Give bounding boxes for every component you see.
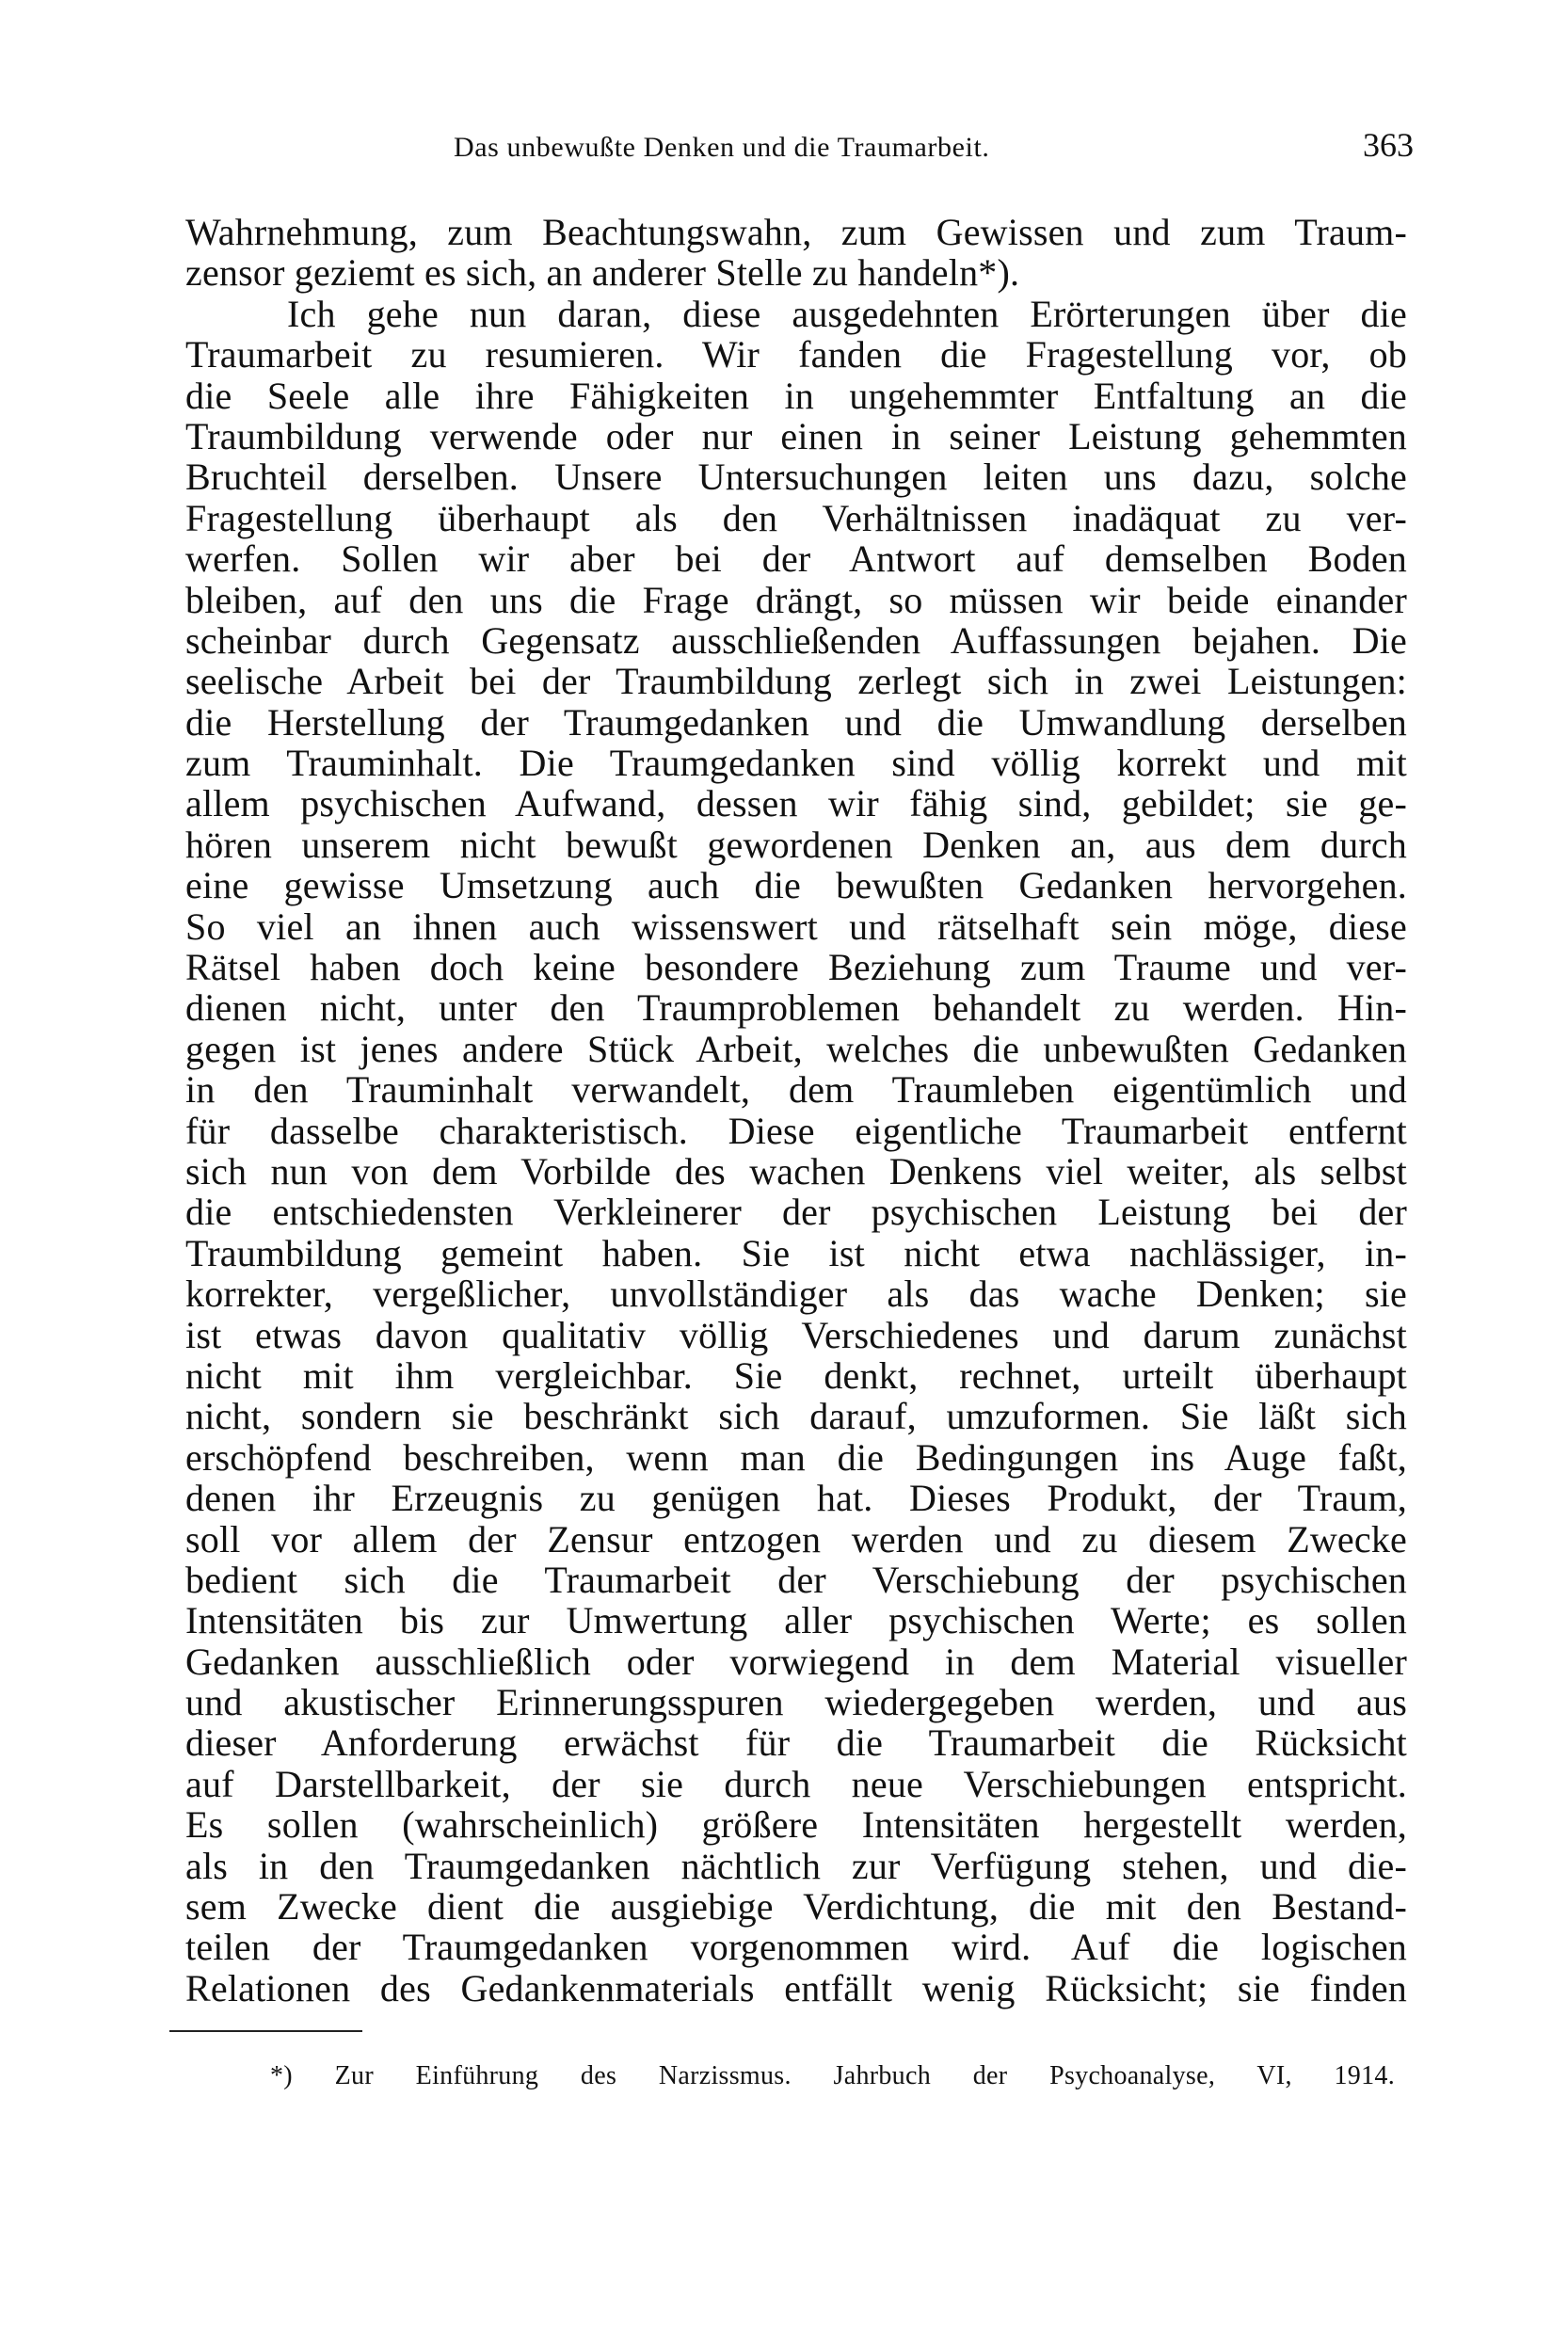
text-line: seelische Arbeit bei der Traumbildung ze… [185, 661, 1407, 701]
text-line: zensor geziemt es sich, an anderer Stell… [185, 252, 1407, 293]
text-line: Traumbildung verwende oder nur einen in … [185, 416, 1407, 456]
text-line: gegen ist jenes andere Stück Arbeit, wel… [185, 1029, 1407, 1069]
text-line: und akustischer Erinnerungsspuren wieder… [185, 1682, 1407, 1722]
text-line: bleiben, auf den uns die Frage drängt, s… [185, 580, 1407, 620]
text-line: dienen nicht, unter den Traumproblemen b… [185, 987, 1407, 1028]
text-line: eine gewisse Umsetzung auch die bewußten… [185, 865, 1407, 905]
text-line: nicht, sondern sie beschränkt sich darau… [185, 1396, 1407, 1436]
text-line: hören unserem nicht bewußt gewordenen De… [185, 824, 1407, 865]
footnote: *) Zur Einführung des Narzissmus. Jahrbu… [270, 2061, 1395, 2091]
text-line: die entschiedensten Verkleinerer der psy… [185, 1192, 1407, 1232]
text-line: denen ihr Erzeugnis zu genügen hat. Dies… [185, 1478, 1407, 1518]
text-line: auf Darstellbarkeit, der sie durch neue … [185, 1764, 1407, 1804]
paragraph-first-line: Ich gehe nun daran, diese ausgedehnten E… [185, 294, 1407, 334]
text-line: Fragestellung überhaupt als den Verhältn… [185, 498, 1407, 538]
text-line: erschöpfend beschreiben, wenn man die Be… [185, 1437, 1407, 1478]
page-number: 363 [1348, 126, 1414, 164]
text-line: allem psychischen Aufwand, dessen wir fä… [185, 783, 1407, 824]
text-line: teilen der Traumgedanken vorgenommen wir… [185, 1927, 1407, 1967]
text-line: werfen. Sollen wir aber bei der Antwort … [185, 538, 1407, 579]
text-line: als in den Traumgedanken nächtlich zur V… [185, 1846, 1407, 1886]
text-line: So viel an ihnen auch wissenswert und rä… [185, 906, 1407, 947]
text-line: Traumbildung gemeint haben. Sie ist nich… [185, 1233, 1407, 1273]
text-line: Traumarbeit zu resumieren. Wir fanden di… [185, 334, 1407, 375]
text-line: für dasselbe charakteristisch. Diese eig… [185, 1111, 1407, 1151]
text-line: sem Zwecke dient die ausgiebige Verdicht… [185, 1886, 1407, 1927]
running-title: Das unbewußte Denken und die Traumarbeit… [454, 132, 1145, 164]
text-line: Intensitäten bis zur Umwertung aller psy… [185, 1600, 1407, 1641]
text-line: Es sollen (wahrscheinlich) größere Inten… [185, 1804, 1407, 1845]
text-line: in den Trauminhalt verwandelt, dem Traum… [185, 1069, 1407, 1110]
text-line: zum Trauminhalt. Die Traumgedanken sind … [185, 743, 1407, 783]
text-line: Gedanken ausschließlich oder vorwiegend … [185, 1641, 1407, 1682]
text-line: nicht mit ihm vergleichbar. Sie denkt, r… [185, 1355, 1407, 1396]
body-text: Wahrnehmung, zum Beachtungswahn, zum Gew… [185, 212, 1407, 2009]
text-line: bedient sich die Traumarbeit der Verschi… [185, 1560, 1407, 1600]
text-line: korrekter, vergeßlicher, unvollständiger… [185, 1273, 1407, 1314]
text-line: sich nun von dem Vorbilde des wachen Den… [185, 1151, 1407, 1192]
footnote-rule [169, 2030, 362, 2032]
text-line: die Herstellung der Traumgedanken und di… [185, 702, 1407, 743]
text-line: Wahrnehmung, zum Beachtungswahn, zum Gew… [185, 212, 1407, 252]
text-line: Relationen des Gedankenmaterials entfäll… [185, 1968, 1407, 2009]
text-line: Rätsel haben doch keine besondere Bezieh… [185, 947, 1407, 987]
text-line: die Seele alle ihre Fähigkeiten in ungeh… [185, 376, 1407, 416]
text-line: dieser Anforderung erwächst für die Trau… [185, 1722, 1407, 1763]
text-line: ist etwas davon qualitativ völlig Versch… [185, 1315, 1407, 1355]
text-line: soll vor allem der Zensur entzogen werde… [185, 1519, 1407, 1560]
text-line: scheinbar durch Gegensatz ausschließende… [185, 620, 1407, 661]
text-line: Bruchteil derselben. Unsere Untersuchung… [185, 456, 1407, 497]
